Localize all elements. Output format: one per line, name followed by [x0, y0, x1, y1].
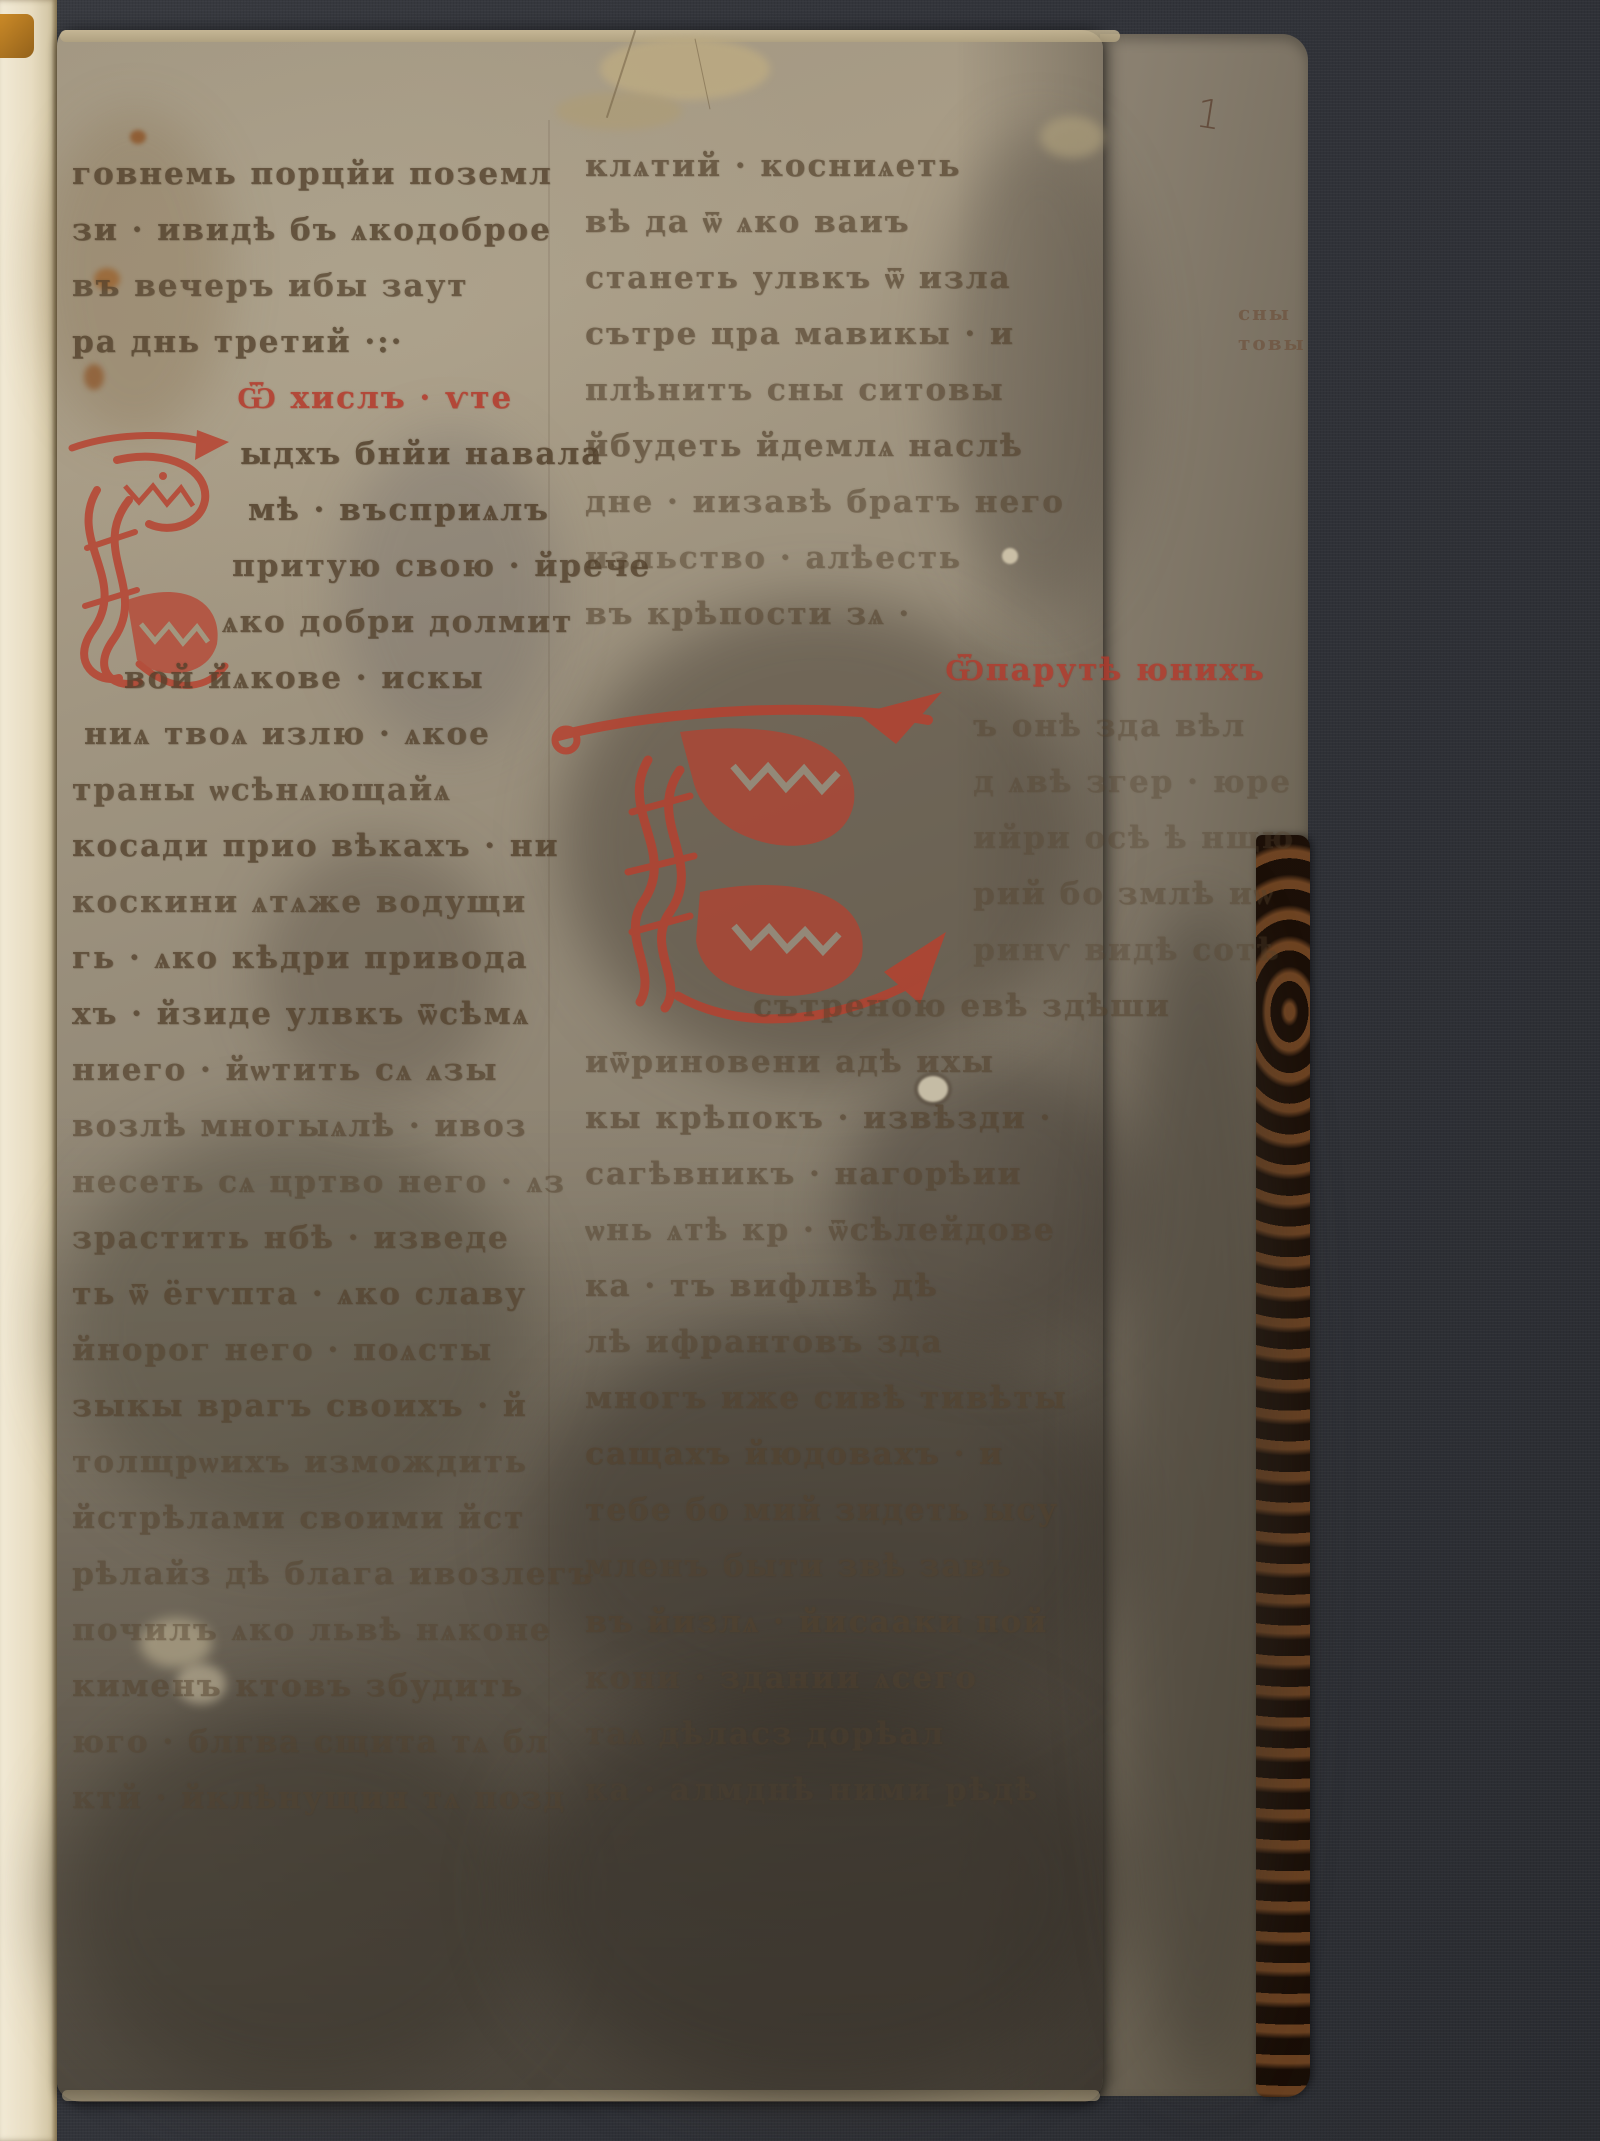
text-line: говнемь порцйи поземл [72, 146, 547, 202]
text-line: возлѣ многыѧлѣ · ивоз [72, 1098, 547, 1154]
text-line: юго · блгва сщита тѧ бл [72, 1714, 547, 1770]
text-line: ѡнь ѧтѣ кр · ѿсѣлейдове [585, 1202, 1130, 1258]
text-line: ть ѿ ёгѵпта · ѧко славу [72, 1266, 547, 1322]
text-line: толщрѡихъ измождить [72, 1434, 547, 1490]
text-line: тебе бо мий зидеть ысу [585, 1482, 1130, 1538]
text-line: д ѧвѣ згер · юре [973, 754, 1130, 810]
text-line: дне · иизавѣ братъ него [585, 474, 1130, 530]
text-line: кони · здании ѧсего [585, 1650, 1130, 1706]
text-line: кименъ ктовъ збудить [72, 1658, 547, 1714]
text-line: зи · ивидѣ бъ ѧкодоброе [72, 202, 547, 258]
text-line: йбудеть йдемлѧ наслѣ [585, 418, 1130, 474]
text-line: ктй · йклѣнущин тѧ позд [72, 1770, 547, 1826]
marginal-note-line: сны [1238, 298, 1306, 328]
rubric-line: Ѿ хислъ · ѵте [237, 370, 547, 426]
binding-edge [1256, 835, 1310, 2097]
text-line: ка · тъ вифлвѣ дѣ [585, 1258, 1130, 1314]
text-line: кы крѣпокъ · извѣзди · [585, 1090, 1130, 1146]
text-line: ѧко добри долмит [222, 594, 547, 650]
text-line: изльство · алѣесть [585, 530, 1130, 586]
text-column-left: говнемь порцйи поземлзи · ивидѣ бъ ѧкодо… [72, 146, 547, 1826]
marginal-note: сны товы [1238, 298, 1306, 358]
text-line: станеть улвкъ ѿ изла [585, 250, 1130, 306]
leaf-bottom-edge [62, 2090, 1100, 2101]
text-line: ра днь третий ·:· [72, 314, 547, 370]
text-line: въ крѣпости зѧ · [585, 586, 1130, 642]
marginal-note-line: товы [1238, 328, 1306, 358]
text-line: ыдхъ бнйи навала [240, 426, 547, 482]
text-line: вой йѧкове · искы [124, 650, 547, 706]
text-line: ниего · йѡтить сѧ ѧзы [72, 1042, 547, 1098]
text-line: йстрѣлами своими йст [72, 1490, 547, 1546]
text-line: въ вечеръ ибы заут [72, 258, 547, 314]
text-line: сагѣвникъ · нагорѣии [585, 1146, 1130, 1202]
text-line: сътреною евѣ здѣши [753, 978, 1130, 1034]
text-line: гь · ѧко кѣдри привода [72, 930, 547, 986]
leaf-top-edge [60, 30, 1120, 42]
text-line: клѧтий · косниѧеть [585, 138, 1130, 194]
text-line: вѣ да ѿ ѧко ваиъ [585, 194, 1130, 250]
facing-pages-edge [0, 0, 57, 2141]
text-column-right: клѧтий · косниѧетьвѣ да ѿ ѧко ваиъстанет… [585, 138, 1130, 1818]
text-line: сътре цра мавикы · и [585, 306, 1130, 362]
text-line: зрастить нбѣ · изведе [72, 1210, 547, 1266]
photographed-manuscript-page: говнемь порцйи поземлзи · ивидѣ бъ ѧкодо… [0, 0, 1600, 2141]
rubric-line: Ѿпарутѣ юнихъ [945, 642, 1130, 698]
text-line: мѣ · въсприѧлъ [248, 482, 547, 538]
text-line: многъ иже сивѣ тивѣты [585, 1370, 1130, 1426]
text-line: притую свою · йрече [232, 538, 547, 594]
text-line: въ йизлѧ · йисааки пой [585, 1594, 1130, 1650]
text-line: ниѧ твоѧ излю · ѧкое [84, 706, 547, 762]
text-line: иѿриновени адѣ ихы [585, 1034, 1130, 1090]
text-line: траны ѡсѣнѧющайѧ [72, 762, 547, 818]
text-line: хъ · йзиде улвкъ ѿсѣмѧ [72, 986, 547, 1042]
text-line: зыкы врагъ своихъ · й [72, 1378, 547, 1434]
text-line: сащахъ йюдовахъ · и [585, 1426, 1130, 1482]
text-line: косади прио вѣкахъ · ни [72, 818, 547, 874]
text-line: коскини ѧтѧже водущи [72, 874, 547, 930]
text-line: плѣнитъ сны ситовы [585, 362, 1130, 418]
text-line: несеть сѧ цртво него · ѧз [72, 1154, 547, 1210]
text-line: ийри осѣ ѣ нщю [973, 810, 1130, 866]
text-line: ринѵ видѣ сотѣ [973, 922, 1130, 978]
text-line: рѣлайз дѣ блага ивозлегъ [72, 1546, 547, 1602]
text-line: йнорог него · поѧсты [72, 1322, 547, 1378]
text-line: рий бо змлѣ иѡ [973, 866, 1130, 922]
text-line: мленъ быти звѣ завъ [585, 1538, 1130, 1594]
text-line: таѧ дѣласз дорѣал [585, 1706, 1130, 1762]
cover-corner [0, 14, 34, 58]
text-line: ка · алмднѣ ними рѣдѣ [585, 1762, 1130, 1818]
text-line: почилъ ѧко львѣ нѧконе [72, 1602, 547, 1658]
text-line: лѣ ифрантовъ зда [585, 1314, 1130, 1370]
text-line: ъ онѣ зда вѣл [973, 698, 1130, 754]
